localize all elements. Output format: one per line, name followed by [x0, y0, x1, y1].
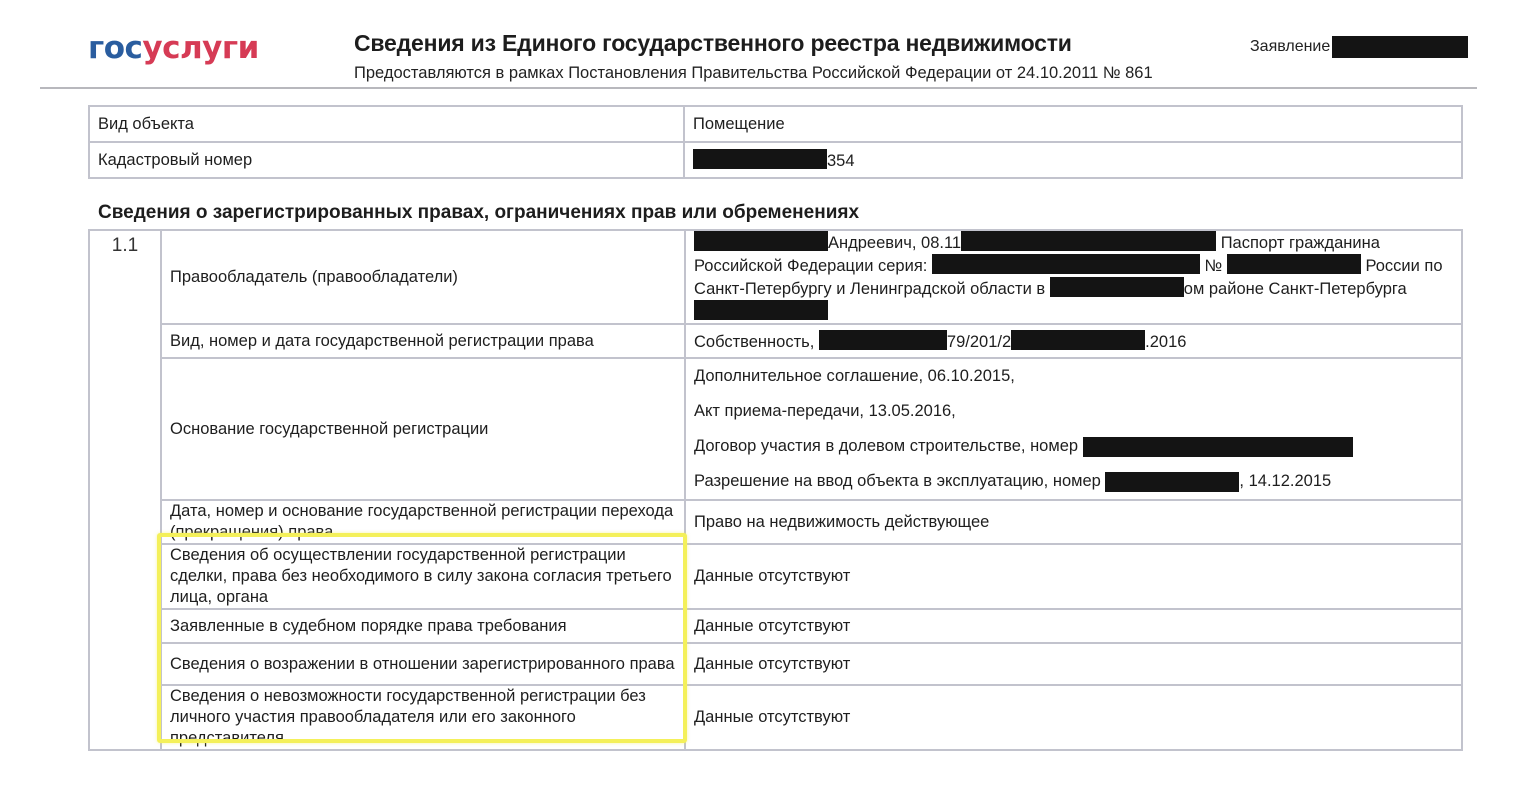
redacted-block — [932, 254, 1200, 274]
logo-part-gos: гос — [88, 30, 142, 66]
row-label: Дата, номер и основание государственной … — [161, 500, 685, 544]
table-row: Сведения об осуществлении государственно… — [89, 544, 1462, 609]
redacted-block — [693, 149, 827, 169]
value-text: Договор участия в долевом строительстве,… — [694, 436, 1078, 457]
redacted-block — [694, 231, 828, 251]
header-divider — [40, 87, 1477, 89]
value-text: ом районе Санкт-Петербурга — [1184, 280, 1407, 298]
redacted-block — [1011, 330, 1145, 350]
table-row: Дата, номер и основание государственной … — [89, 500, 1462, 544]
value-text: Разрешение на ввод объекта в эксплуатаци… — [694, 471, 1101, 492]
redacted-block — [1227, 254, 1361, 274]
value-text: Санкт-Петербургу и Ленинградской области… — [694, 280, 1045, 298]
basis-line: Акт приема-передачи, 13.05.2016, — [694, 394, 1453, 429]
registration-value: Собственность, 79/201/2.2016 — [685, 324, 1462, 358]
value-text: 79/201/2 — [947, 333, 1011, 351]
redacted-block — [694, 300, 828, 320]
basis-line: Разрешение на ввод объекта в эксплуатаци… — [694, 464, 1453, 499]
row-value: Данные отсутствуют — [685, 544, 1462, 609]
registration-basis-value: Дополнительное соглашение, 06.10.2015, А… — [685, 358, 1462, 500]
value-text: Андреевич, 08.11 — [828, 234, 961, 252]
value-text: № — [1205, 257, 1223, 275]
table-row: Вид объекта Помещение — [89, 106, 1462, 142]
row-label: Сведения о возражении в отношении зареги… — [161, 643, 685, 685]
logo-part-uslugi: услуги — [142, 30, 258, 66]
value-text: России по — [1365, 257, 1442, 275]
document-title: Сведения из Единого государственного рее… — [354, 27, 1072, 59]
table-row: Кадастровый номер 354 — [89, 142, 1462, 178]
redacted-block — [1105, 472, 1239, 492]
section-title: Сведения о зарегистрированных правах, ог… — [98, 201, 859, 225]
row-label: Основание государственной регистрации — [161, 358, 685, 500]
statement-label: Заявление — [1250, 36, 1330, 58]
value-text: Российской Федерации серия: — [694, 257, 927, 275]
rights-table: 1.1 Правообладатель (правообладатели) Ан… — [88, 229, 1463, 751]
document-subtitle: Предоставляются в рамках Постановления П… — [354, 62, 1153, 84]
row-label: Заявленные в судебном порядке права треб… — [161, 609, 685, 643]
value-text: Собственность, — [694, 333, 819, 351]
value-text: .2016 — [1145, 333, 1186, 351]
table-row: Сведения о невозможности государственной… — [89, 685, 1462, 750]
statement-number: Заявление — [1250, 36, 1468, 58]
gosuslugi-logo: госуслуги — [88, 28, 259, 68]
redacted-block — [961, 231, 1216, 251]
row-value: Данные отсутствуют — [685, 643, 1462, 685]
basis-line: Договор участия в долевом строительстве,… — [694, 429, 1453, 464]
redacted-block — [1050, 277, 1184, 297]
cadastral-number-label: Кадастровый номер — [89, 142, 684, 178]
table-row: Заявленные в судебном порядке права треб… — [89, 609, 1462, 643]
row-label: Сведения об осуществлении государственно… — [161, 544, 685, 609]
table-row: Вид, номер и дата государственной регист… — [89, 324, 1462, 358]
owner-value: Андреевич, 08.11 Паспорт гражданина Росс… — [685, 230, 1462, 324]
table-row: Основание государственной регистрации До… — [89, 358, 1462, 500]
row-value: Данные отсутствуют — [685, 685, 1462, 750]
cadastral-number-suffix: 354 — [827, 152, 855, 170]
row-value: Право на недвижимость действующее — [685, 500, 1462, 544]
row-label: Вид, номер и дата государственной регист… — [161, 324, 685, 358]
redacted-block — [1083, 437, 1353, 457]
table-row: Сведения о возражении в отношении зареги… — [89, 643, 1462, 685]
row-label: Правообладатель (правообладатели) — [161, 230, 685, 324]
redacted-block — [819, 330, 947, 350]
object-table: Вид объекта Помещение Кадастровый номер … — [88, 105, 1463, 179]
value-text: , 14.12.2015 — [1239, 471, 1331, 492]
redacted-block — [1332, 36, 1468, 58]
cadastral-number-value: 354 — [684, 142, 1462, 178]
row-label: Сведения о невозможности государственной… — [161, 685, 685, 750]
object-type-label: Вид объекта — [89, 106, 684, 142]
object-type-value: Помещение — [684, 106, 1462, 142]
entry-number: 1.1 — [89, 230, 161, 750]
row-value: Данные отсутствуют — [685, 609, 1462, 643]
value-text: Паспорт гражданина — [1221, 234, 1380, 252]
table-row: 1.1 Правообладатель (правообладатели) Ан… — [89, 230, 1462, 324]
basis-line: Дополнительное соглашение, 06.10.2015, — [694, 359, 1453, 394]
